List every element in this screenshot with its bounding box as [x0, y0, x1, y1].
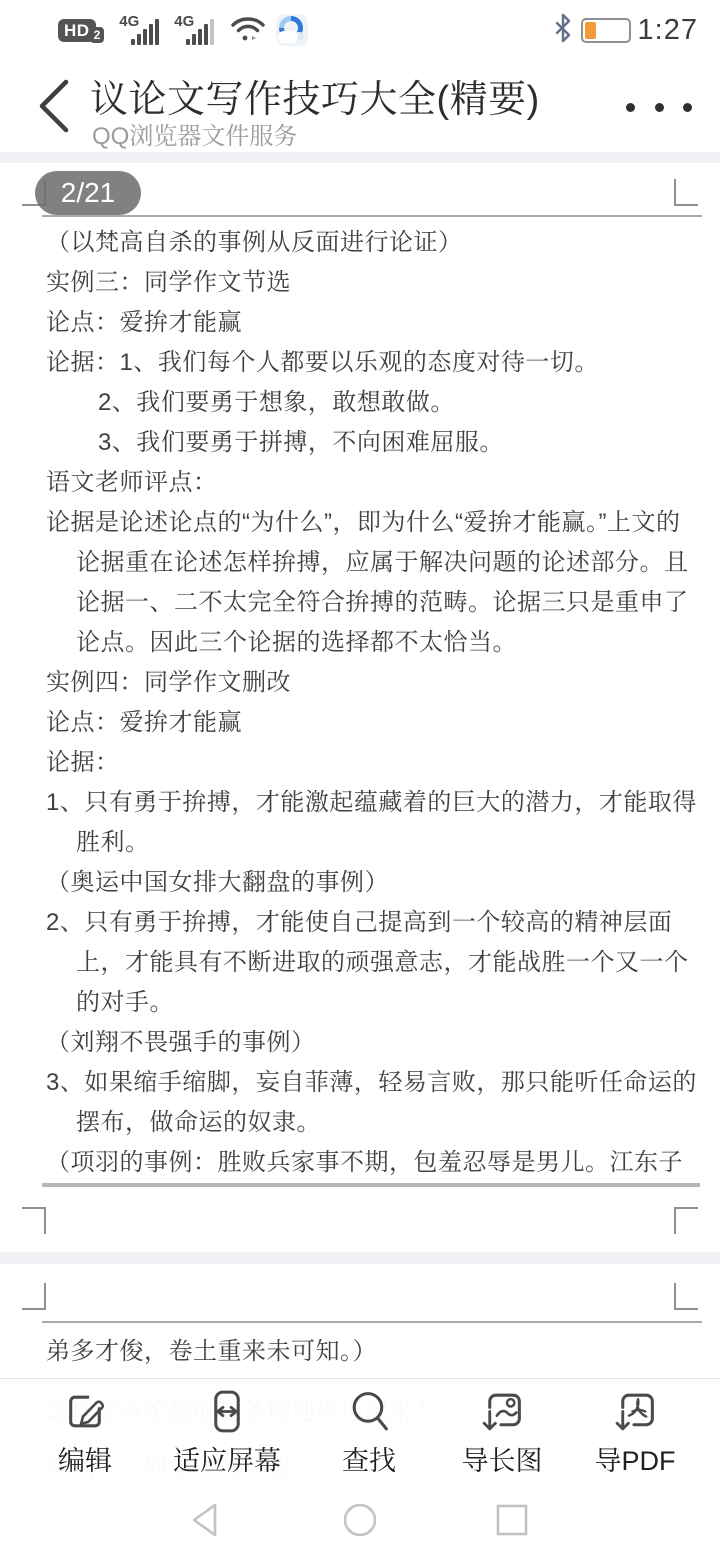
- status-bar-right: 1:27: [553, 12, 698, 48]
- doc-line: 论据重在论述怎样拚搏，应属于解决问题的论述部分。且: [0, 543, 720, 583]
- signal-4g-icon-1: 4G: [119, 13, 165, 47]
- doc-line: 3、我们要勇于拼搏，不向困难屈服。: [0, 423, 720, 463]
- doc-line: 2、我们要勇于想象，敢想敢做。: [0, 383, 720, 423]
- bottom-toolbar: 编辑 适应屏幕 查找 导长图: [0, 1378, 720, 1478]
- status-bar: HD 2 4G 4G: [0, 0, 720, 58]
- system-nav-bar: [0, 1478, 720, 1560]
- doc-line: 胜利。: [0, 823, 720, 863]
- status-bar-left: HD 2 4G 4G: [58, 12, 308, 48]
- bluetooth-icon: [553, 13, 573, 48]
- doc-line: 论据一、二不太完全符合拚搏的范畴。论据三只是重申了: [0, 583, 720, 623]
- signal-4g-icon-2: 4G: [174, 13, 220, 47]
- page-indicator-badge: 2/21: [35, 171, 141, 215]
- doc-line: 上，才能具有不断进取的顽强意志，才能战胜一个又一个: [0, 943, 720, 983]
- doc-line: 2、只有勇于拚搏，才能使自己提高到一个较高的精神层面: [0, 903, 720, 943]
- nav-back-button[interactable]: [186, 1500, 226, 1540]
- doc-line: 3、如果缩手缩脚，妄自菲薄，轻易言败，那只能听任命运的: [0, 1063, 720, 1103]
- overflow-menu-button[interactable]: [624, 92, 694, 122]
- search-icon: [344, 1387, 394, 1436]
- doc-line: 论据是论述论点的“为什么”，即为什么“爱拚才能赢。”上文的: [0, 503, 720, 543]
- page2-top-line: [42, 215, 702, 217]
- page-gap: [0, 1252, 720, 1264]
- header: 议论文写作技巧大全(精要) QQ浏览器文件服务: [0, 58, 720, 152]
- hd-sim2-badge: 2: [90, 27, 105, 43]
- recents-square-icon: [492, 1500, 532, 1540]
- page2-bottom-right-mark: [674, 1207, 698, 1234]
- export-pdf-button[interactable]: 导PDF: [590, 1379, 680, 1478]
- doc-line: 论点。因此三个论据的选择都不太恰当。: [0, 623, 720, 663]
- doc-line: 的对手。: [0, 983, 720, 1023]
- doc-line: （以梵高自杀的事例从反面进行论证）: [0, 223, 720, 263]
- doc-line: （刘翔不畏强手的事例）: [0, 1023, 720, 1063]
- wifi-icon: [229, 12, 267, 49]
- page2-text: （以梵高自杀的事例从反面进行论证） 实例三：同学作文节选 论点：爱拚才能赢 论据…: [0, 223, 720, 1183]
- toolbar-label: 适应屏幕: [173, 1439, 281, 1478]
- home-circle-icon: [340, 1500, 380, 1540]
- edit-button[interactable]: 编辑: [40, 1379, 130, 1478]
- doc-line: 实例四：同学作文删改: [0, 663, 720, 703]
- nav-home-button[interactable]: [340, 1500, 380, 1540]
- back-triangle-icon: [186, 1500, 226, 1540]
- toolbar-label: 编辑: [58, 1439, 112, 1478]
- doc-line: 弟多才俊，卷土重来未可知。）: [46, 1331, 377, 1366]
- doc-line: 论据：1、我们每个人都要以乐观的态度对待一切。: [0, 343, 720, 383]
- phone-screen: HD 2 4G 4G: [0, 0, 720, 1560]
- document-source: QQ浏览器文件服务: [92, 116, 297, 151]
- find-button[interactable]: 查找: [324, 1379, 414, 1478]
- document-title: 议论文写作技巧大全(精要): [90, 68, 540, 123]
- doc-line: 论点：爱拚才能赢: [0, 303, 720, 343]
- dot: [626, 103, 635, 112]
- export-long-image-button[interactable]: 导长图: [457, 1379, 547, 1478]
- dot: [655, 103, 664, 112]
- status-time: 1:27: [638, 14, 698, 47]
- page3-top-left-mark: [22, 1283, 46, 1310]
- toolbar-label: 查找: [342, 1439, 396, 1478]
- page1-bottom-right-mark: [674, 179, 698, 206]
- doc-line: 1、只有勇于拚搏，才能激起蕴藏着的巨大的潜力，才能取得: [0, 783, 720, 823]
- page3-top-line: [42, 1321, 702, 1323]
- page3-top-right-mark: [674, 1283, 698, 1310]
- nav-recents-button[interactable]: [492, 1500, 532, 1540]
- page2-bottom-left-mark: [22, 1207, 46, 1234]
- toolbar-label: 导长图: [462, 1439, 543, 1478]
- document-scroll-area[interactable]: 2/21 （以梵高自杀的事例从反面进行论证） 实例三：同学作文节选 论点：爱拚才…: [0, 163, 720, 1378]
- doc-line: 论据：: [0, 743, 720, 783]
- toolbar-label: 导PDF: [595, 1439, 676, 1478]
- doc-line: （奥运中国女排大翻盘的事例）: [0, 863, 720, 903]
- fit-screen-button[interactable]: 适应屏幕: [173, 1379, 281, 1478]
- back-chevron-icon: [30, 72, 82, 140]
- doc-line: 摆布，做命运的奴隶。: [0, 1103, 720, 1143]
- edit-icon: [60, 1387, 110, 1436]
- battery-icon: [581, 18, 631, 43]
- doc-line: 语文老师评点：: [0, 463, 720, 503]
- doc-line: （项羽的事例：胜败兵家事不期，包羞忍辱是男儿。江东子: [0, 1143, 720, 1183]
- export-pdf-icon: [610, 1387, 660, 1436]
- page2-bottom-line: [42, 1183, 700, 1187]
- fit-screen-icon: [202, 1387, 252, 1436]
- qq-browser-cloud-icon: [276, 14, 308, 46]
- doc-line: 论点：爱拚才能赢: [0, 703, 720, 743]
- back-button[interactable]: [30, 72, 82, 140]
- export-long-image-icon: [477, 1387, 527, 1436]
- doc-line: 实例三：同学作文节选: [0, 263, 720, 303]
- dot: [683, 103, 692, 112]
- header-separator: [0, 152, 720, 163]
